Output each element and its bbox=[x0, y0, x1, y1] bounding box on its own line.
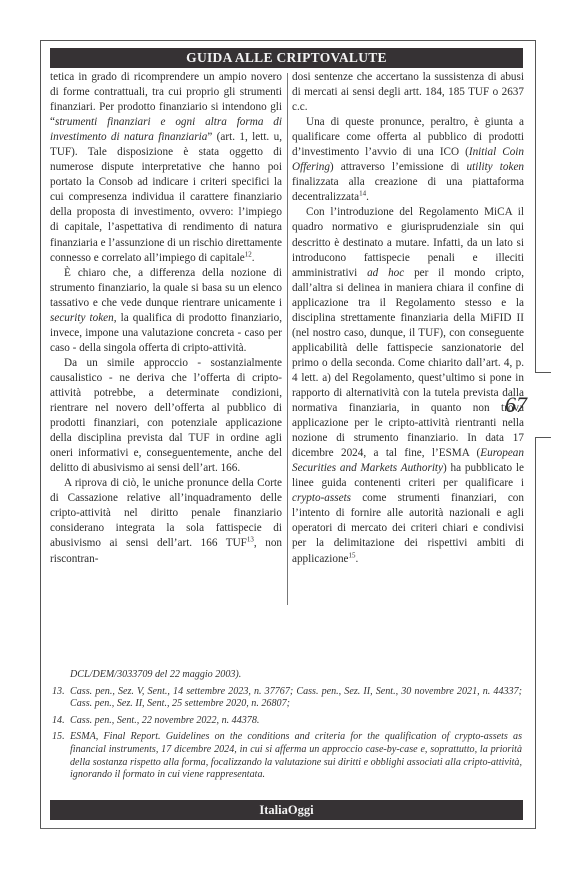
footnote-13: 13.Cass. pen., Sez. V, Sent., 14 settemb… bbox=[52, 686, 522, 711]
text: ” (art. 1, lett. u, TUF). Tale disposizi… bbox=[50, 131, 282, 263]
text: . bbox=[356, 553, 359, 565]
text: È chiaro che, a differenza della nozione… bbox=[50, 267, 282, 309]
footnote-text: ESMA, Final Report. Guidelines on the co… bbox=[70, 731, 522, 781]
text: per il mondo cripto, dall’altra si delin… bbox=[292, 267, 524, 460]
text: . bbox=[366, 191, 369, 203]
paragraph: Da un simile approccio - sostanzialmente… bbox=[50, 356, 282, 476]
italic-term: utility token bbox=[467, 161, 524, 173]
page-number-bracket-top bbox=[535, 372, 551, 373]
italic-term: security token bbox=[50, 312, 114, 324]
page-frame-right-border-upper bbox=[535, 40, 536, 372]
footnote-14: 14.Cass. pen., Sent., 22 novembre 2022, … bbox=[52, 715, 522, 728]
footnote-number: 14. bbox=[52, 715, 70, 728]
paragraph: dosi sentenze che accertano la sussisten… bbox=[292, 70, 524, 115]
footnote-text: DCL/DEM/3033709 del 22 maggio 2003). bbox=[70, 669, 522, 682]
text: finalizzata alla creazione di una piatta… bbox=[292, 176, 524, 203]
footnote-text: Cass. pen., Sez. V, Sent., 14 settembre … bbox=[70, 686, 522, 711]
footnote-continuation: DCL/DEM/3033709 del 22 maggio 2003). bbox=[52, 669, 522, 682]
page-frame-top-border bbox=[40, 40, 535, 41]
left-column: tetica in grado di ricomprendere un ampi… bbox=[50, 70, 282, 567]
text: . bbox=[252, 252, 255, 264]
paragraph: Una di queste pronunce, peraltro, è giun… bbox=[292, 115, 524, 205]
paragraph: tetica in grado di ricomprendere un ampi… bbox=[50, 70, 282, 266]
footnote-ref-13[interactable]: 13 bbox=[247, 536, 254, 544]
page-number-bracket-bottom bbox=[535, 437, 551, 438]
running-header: GUIDA ALLE CRIPTOVALUTE bbox=[50, 48, 523, 68]
footnote-text: Cass. pen., Sent., 22 novembre 2022, n. … bbox=[70, 715, 522, 728]
footnote-number: 15. bbox=[52, 731, 70, 781]
footnote-ref-15[interactable]: 15 bbox=[349, 551, 356, 559]
text: ) attraverso l’emissione di bbox=[330, 161, 467, 173]
page-frame-bottom-border bbox=[40, 828, 536, 829]
paragraph: A riprova di ciò, le uniche pronunce del… bbox=[50, 476, 282, 566]
footnote-ref-12[interactable]: 12 bbox=[245, 250, 252, 258]
italic-term: ad hoc bbox=[367, 267, 404, 279]
publisher-footer-logo: ItaliaOggi bbox=[50, 800, 523, 820]
right-column: dosi sentenze che accertano la sussisten… bbox=[292, 70, 524, 567]
footnote-number: 13. bbox=[52, 686, 70, 711]
column-divider bbox=[287, 73, 288, 605]
footnote-15: 15.ESMA, Final Report. Guidelines on the… bbox=[52, 731, 522, 781]
footnotes: DCL/DEM/3033709 del 22 maggio 2003). 13.… bbox=[52, 669, 522, 786]
page-frame-right-border-lower bbox=[535, 437, 536, 829]
italic-term: crypto-assets bbox=[292, 492, 351, 504]
paragraph: È chiaro che, a differenza della nozione… bbox=[50, 266, 282, 356]
paragraph: Con l’introduzione del Regolamento MiCA … bbox=[292, 205, 524, 566]
page-frame-left-border bbox=[40, 40, 41, 829]
